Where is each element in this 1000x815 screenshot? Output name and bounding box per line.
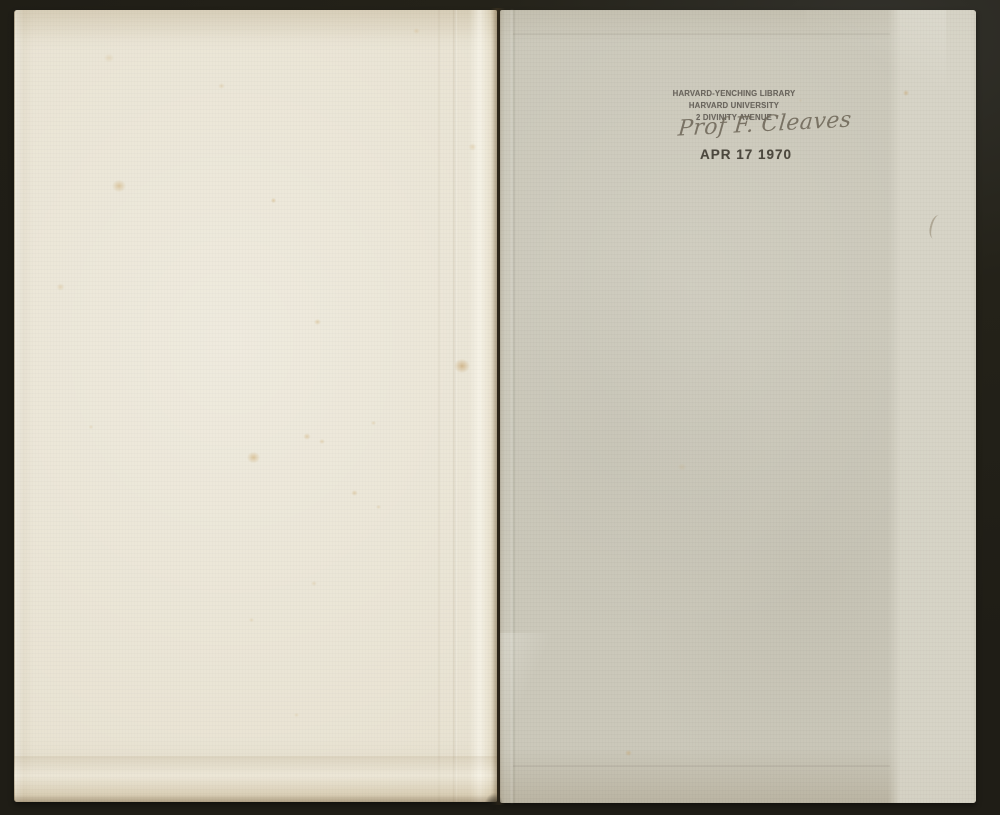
left-page bbox=[14, 10, 497, 802]
left-page-faint-crease bbox=[438, 10, 440, 802]
gutter-bottom-notch bbox=[482, 788, 506, 810]
left-page-top-shade bbox=[14, 10, 497, 40]
date-stamp: APR 17 1970 bbox=[696, 147, 796, 162]
left-page-vertical-crease bbox=[453, 10, 457, 802]
right-page-edge-strip bbox=[888, 10, 976, 803]
left-page-bottom-crease bbox=[14, 756, 497, 802]
book-scan-stage: HARVARD-YENCHING LIBRARY HARVARD UNIVERS… bbox=[0, 0, 1000, 815]
wrinkle-top-right bbox=[806, 10, 946, 100]
foxing-stains-left bbox=[14, 10, 497, 802]
right-page: HARVARD-YENCHING LIBRARY HARVARD UNIVERS… bbox=[500, 10, 976, 803]
wrinkle-bottom-left bbox=[500, 633, 570, 743]
pastedown-edge-bottom bbox=[513, 765, 890, 767]
gutter-shadow bbox=[491, 8, 505, 805]
stamp-line-1: HARVARD-YENCHING LIBRARY bbox=[662, 88, 806, 100]
